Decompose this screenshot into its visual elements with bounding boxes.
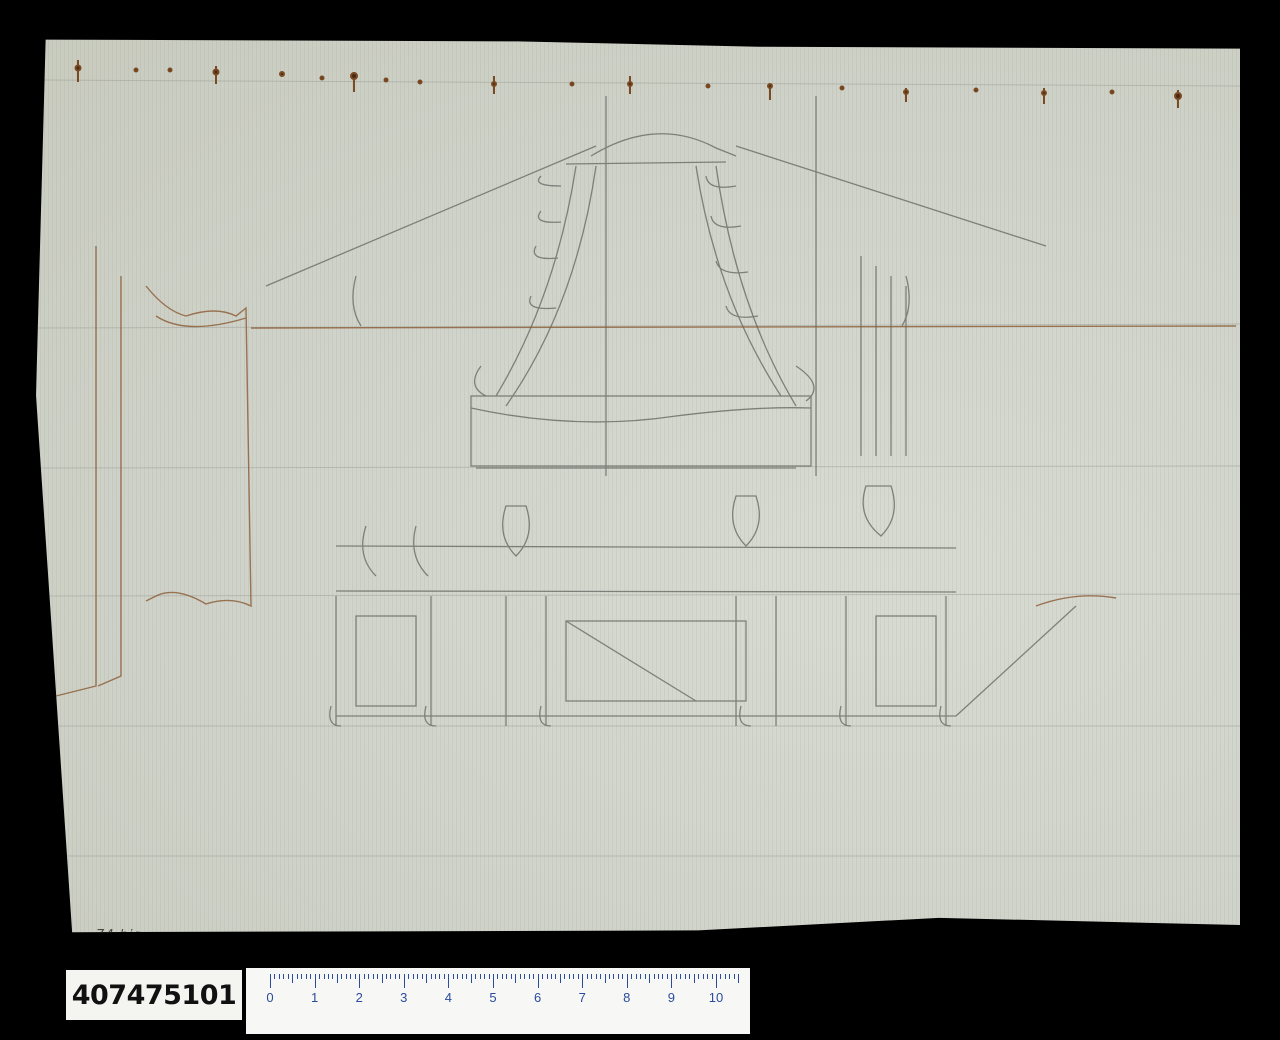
ruler-number: 3 xyxy=(400,990,407,1005)
ruler-tick xyxy=(395,974,396,979)
ruler-tick xyxy=(547,974,548,979)
ruler-tick xyxy=(475,974,476,979)
ruler-tick xyxy=(359,974,360,988)
ruler-number: 5 xyxy=(489,990,496,1005)
ruler-tick xyxy=(283,974,284,979)
ruler-tick xyxy=(408,974,409,979)
ruler-tick xyxy=(288,974,289,979)
ruler-tick xyxy=(448,974,449,988)
ruler-tick xyxy=(426,974,427,983)
ruler-tick xyxy=(729,974,730,979)
ruler-tick xyxy=(274,974,275,979)
ruler-tick xyxy=(680,974,681,979)
ruler-tick xyxy=(529,974,530,979)
ruler-tick xyxy=(315,974,316,988)
ruler-tick xyxy=(631,974,632,979)
ruler-number: 10 xyxy=(709,990,723,1005)
ruler-tick xyxy=(422,974,423,979)
ruler-tick xyxy=(662,974,663,979)
ruler-tick xyxy=(591,974,592,979)
ruler-tick xyxy=(404,974,405,988)
ruler-tick xyxy=(555,974,556,979)
scale-ruler: 012345678910 xyxy=(246,968,750,1034)
ruler-tick xyxy=(506,974,507,979)
ruler-tick xyxy=(324,974,325,979)
ruler-tick xyxy=(471,974,472,983)
ruler-tick xyxy=(466,974,467,979)
ruler-number: 1 xyxy=(311,990,318,1005)
ruler-tick xyxy=(582,974,583,988)
ruler-tick xyxy=(417,974,418,979)
ruler-tick xyxy=(306,974,307,979)
ruler-tick xyxy=(502,974,503,979)
ruler-tick xyxy=(279,974,280,979)
ruler-tick xyxy=(636,974,637,979)
ruler-tick xyxy=(435,974,436,979)
ruler-tick xyxy=(725,974,726,979)
ruler-tick xyxy=(627,974,628,988)
ruler-number: 2 xyxy=(356,990,363,1005)
catalogue-number-label: 407475101 xyxy=(66,970,242,1020)
ruler-tick xyxy=(654,974,655,979)
ruler-tick xyxy=(489,974,490,979)
ruler-tick xyxy=(462,974,463,979)
ruler-tick xyxy=(431,974,432,979)
ruler-number: 8 xyxy=(623,990,630,1005)
ruler-tick xyxy=(332,974,333,979)
ruler-tick xyxy=(622,974,623,979)
ruler-tick xyxy=(578,974,579,979)
ruler-tick xyxy=(676,974,677,979)
ruler-tick xyxy=(703,974,704,979)
ruler-tick xyxy=(685,974,686,979)
ruler-tick xyxy=(292,974,293,983)
ruler-tick xyxy=(720,974,721,979)
scale-marks xyxy=(76,60,1182,108)
ruler-tick xyxy=(569,974,570,979)
ruler-tick xyxy=(386,974,387,979)
ruler-tick xyxy=(649,974,650,983)
ruler-tick xyxy=(587,974,588,979)
ruler-tick xyxy=(712,974,713,979)
ruler-tick xyxy=(738,974,739,983)
ruler-tick xyxy=(355,974,356,979)
ruler-tick xyxy=(399,974,400,979)
ruler-tick xyxy=(667,974,668,979)
ruler-tick xyxy=(346,974,347,979)
ruler-number: 4 xyxy=(445,990,452,1005)
ruler-tick xyxy=(328,974,329,979)
ruler-tick xyxy=(484,974,485,979)
ruler-tick xyxy=(551,974,552,979)
ruler-tick xyxy=(497,974,498,979)
ruler-tick xyxy=(368,974,369,979)
ruler-tick xyxy=(600,974,601,979)
ruler-tick xyxy=(533,974,534,979)
ruler-tick xyxy=(689,974,690,979)
ruler-tick xyxy=(694,974,695,983)
ruler-tick xyxy=(520,974,521,979)
ruler-tick xyxy=(613,974,614,979)
ruler-tick xyxy=(564,974,565,979)
ruler-number: 7 xyxy=(579,990,586,1005)
drawing-paper: 74 bis xyxy=(36,36,1240,934)
ruler-number: 0 xyxy=(266,990,273,1005)
ruler-tick xyxy=(390,974,391,979)
ruler-tick xyxy=(538,974,539,988)
ruler-tick xyxy=(618,974,619,979)
ruler-tick xyxy=(364,974,365,979)
ruler-tick xyxy=(640,974,641,979)
ruler-tick xyxy=(605,974,606,983)
ruler-tick xyxy=(457,974,458,979)
ruler-tick xyxy=(337,974,338,983)
ruler-number: 6 xyxy=(534,990,541,1005)
ruler-tick xyxy=(341,974,342,979)
ruler-tick xyxy=(511,974,512,979)
ruler-tick xyxy=(716,974,717,988)
ruler-tick xyxy=(439,974,440,979)
ruler-tick xyxy=(596,974,597,979)
ruler-tick xyxy=(301,974,302,979)
ruler-tick xyxy=(609,974,610,979)
ruler-tick xyxy=(542,974,543,979)
ruler-tick xyxy=(493,974,494,988)
ruler-tick xyxy=(350,974,351,979)
ruler-tick xyxy=(658,974,659,979)
ruler-tick xyxy=(480,974,481,979)
ruler-tick xyxy=(382,974,383,983)
ruler-tick xyxy=(297,974,298,979)
ruler-tick xyxy=(734,974,735,979)
ruler-tick xyxy=(453,974,454,979)
ruler-tick xyxy=(515,974,516,983)
ruler-tick xyxy=(573,974,574,979)
ruler-tick xyxy=(377,974,378,979)
ruler-tick xyxy=(698,974,699,979)
drawing-sketch xyxy=(36,36,1240,934)
ruler-tick xyxy=(373,974,374,979)
ruler-tick xyxy=(270,974,271,988)
inventory-note: 74 bis xyxy=(96,928,141,943)
ruler-tick xyxy=(413,974,414,979)
ruler-tick xyxy=(645,974,646,979)
ruler-number: 9 xyxy=(668,990,675,1005)
ruler-tick xyxy=(310,974,311,979)
ruler-tick xyxy=(560,974,561,983)
ruler-tick xyxy=(707,974,708,979)
ruler-tick xyxy=(444,974,445,979)
ruler-tick xyxy=(524,974,525,979)
ruler-tick xyxy=(319,974,320,979)
ruler-tick xyxy=(671,974,672,988)
